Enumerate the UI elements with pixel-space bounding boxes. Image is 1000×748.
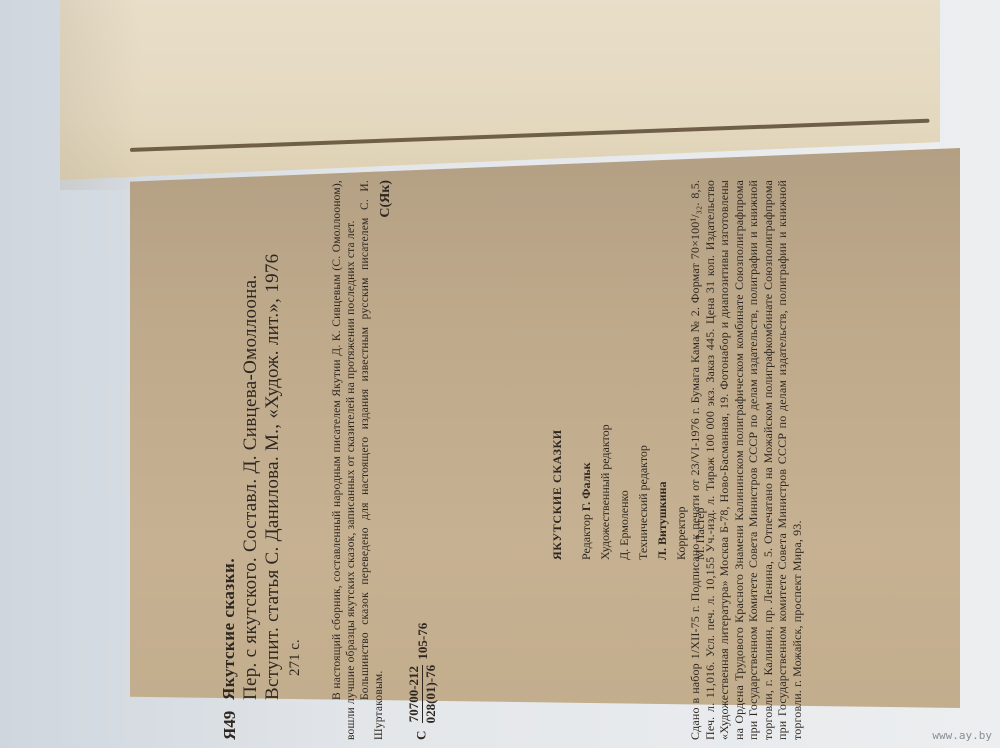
book-title: Якутские сказки. [218, 180, 240, 700]
code-fraction: 70700-212 028(01)-76 [406, 665, 439, 724]
editor-name: Г. Фальк [579, 462, 593, 511]
bibliographic-description: Якутские сказки. Пер. с якутского. Соста… [218, 180, 306, 700]
bib-line-translation: Пер. с якутского. Составл. Д. Сивцева-Ом… [240, 180, 262, 700]
classification-index: С(Як) [378, 180, 394, 218]
editor-label: Редактор [579, 514, 593, 560]
imprint-text: Сдано в набор 1/XII-75 г. Подписано к пе… [688, 180, 804, 740]
art-editor-label: Художественный редактор [596, 180, 615, 560]
annotation-paragraph: В настоящий сборник, составленный народн… [330, 180, 358, 740]
code-numerator: 70700-212 [406, 665, 423, 724]
rotated-text-block: Я49 Якутские сказки. Пер. с якутского. С… [218, 180, 918, 740]
page-shadow [60, 0, 140, 190]
watermark: www.ay.by [932, 729, 992, 742]
imprint-block: Сдано в набор 1/XII-75 г. Подписано к пе… [688, 180, 804, 740]
shelf-mark: Я49 [220, 711, 240, 740]
code-denominator: 028(01)-76 [423, 665, 439, 724]
credits-title: ЯКУТСКИЕ СКАЗКИ [548, 180, 567, 560]
page-count: 271 с. [284, 180, 306, 700]
tech-editor-label: Технический редактор [634, 180, 653, 560]
annotation-paragraph: Большинство сказок переведено для настоя… [358, 180, 386, 740]
bib-line-publisher: Вступит. статья С. Данилова. М., «Худож.… [262, 180, 284, 700]
facing-page-blank [60, 0, 940, 180]
annotation: В настоящий сборник, составленный народн… [330, 180, 386, 740]
editor-line: Редактор Г. Фальк [577, 180, 596, 560]
tech-editor-name: Л. Витушкина [655, 482, 669, 560]
credits-block: ЯКУТСКИЕ СКАЗКИ Редактор Г. Фальк Художе… [548, 180, 710, 740]
code-tail: 105-76 [415, 623, 430, 660]
code-prefix: С [413, 731, 428, 740]
publisher-code: С 70700-212 028(01)-76 105-76 [406, 623, 439, 740]
art-editor-name: Д. Ермоленко [615, 180, 634, 560]
